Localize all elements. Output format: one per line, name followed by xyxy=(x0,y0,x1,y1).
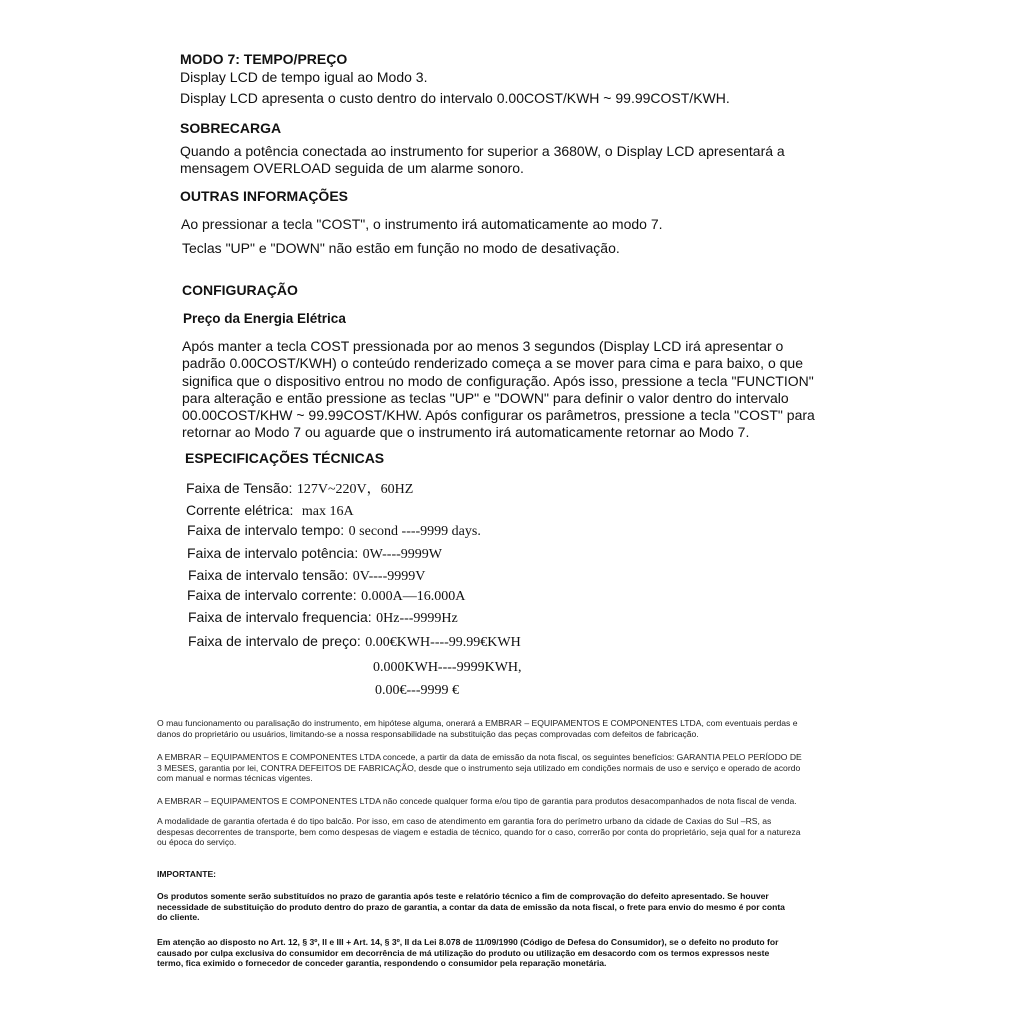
spec-label: Faixa de intervalo de preço: xyxy=(188,633,361,649)
modo7-line: Display LCD de tempo igual ao Modo 3. xyxy=(180,69,427,85)
spec-value: 0Hz---9999Hz xyxy=(376,611,458,626)
outras-line: Ao pressionar a tecla "COST", o instrume… xyxy=(181,216,663,232)
configuracao-paragraph: Após manter a tecla COST pressionada por… xyxy=(182,338,815,442)
spec-value: 0.000A—16.000A xyxy=(361,589,465,604)
importante-paragraph: Os produtos somente serão substituídos n… xyxy=(157,891,785,923)
spec-label: Corrente elétrica: xyxy=(186,502,293,518)
spec-value: max 16A xyxy=(302,504,354,519)
section-title-configuracao: CONFIGURAÇÃO xyxy=(182,282,298,298)
spec-label: Faixa de intervalo tempo: xyxy=(187,522,344,538)
spec-row: Faixa de intervalo potência: 0W----9999W xyxy=(187,545,442,563)
section-title-modo7: MODO 7: TEMPO/PREÇO xyxy=(180,51,347,67)
section-title-sobrecarga: SOBRECARGA xyxy=(180,120,281,136)
importante-title: IMPORTANTE: xyxy=(157,869,216,880)
garantia-paragraph: A EMBRAR – EQUIPAMENTOS E COMPONENTES LT… xyxy=(157,796,797,807)
garantia-line: A modalidade de garantia ofertada é do t… xyxy=(157,816,800,827)
garantia-line: com manual e normas técnicas vigentes. xyxy=(157,773,802,784)
garantia-line: 3 MESES, garantia por lei, CONTRA DEFEIT… xyxy=(157,763,802,774)
spec-row: Corrente elétrica: max 16A xyxy=(186,502,354,520)
spec-row: Faixa de intervalo tensão: 0V----9999V xyxy=(188,567,425,585)
garantia-paragraph: A modalidade de garantia ofertada é do t… xyxy=(157,816,800,848)
garantia-line: A EMBRAR – EQUIPAMENTOS E COMPONENTES LT… xyxy=(157,796,797,807)
spec-value: 0V----9999V xyxy=(353,569,426,584)
importante-line: necessidade de substituição do produto d… xyxy=(157,902,785,913)
spec-label: Faixa de intervalo potência: xyxy=(187,545,358,561)
importante-line: do cliente. xyxy=(157,912,785,923)
garantia-line: danos do proprietário ou usuários, limit… xyxy=(157,729,798,740)
spec-row: Faixa de intervalo frequencia: 0Hz---999… xyxy=(188,609,458,627)
importante-line: Os produtos somente serão substituídos n… xyxy=(157,891,785,902)
importante-line: termo, fica eximido o fornecedor de conc… xyxy=(157,958,778,969)
outras-line: Teclas "UP" e "DOWN" não estão em função… xyxy=(182,240,620,256)
spec-extra-value: 0.000KWH----9999KWH, xyxy=(373,660,522,676)
importante-paragraph: Em atenção ao disposto no Art. 12, § 3º,… xyxy=(157,937,778,969)
spec-label: Faixa de Tensão: xyxy=(186,480,292,496)
spec-value: 0W----9999W xyxy=(363,547,442,562)
spec-label: Faixa de intervalo frequencia: xyxy=(188,609,372,625)
garantia-line: O mau funcionamento ou paralisação do in… xyxy=(157,718,798,729)
configuracao-line: retornar ao Modo 7 ou aguarde que o inst… xyxy=(182,424,815,441)
garantia-paragraph: A EMBRAR – EQUIPAMENTOS E COMPONENTES LT… xyxy=(157,752,802,784)
garantia-line: despesas decorrentes de transporte, bem … xyxy=(157,827,800,838)
spec-label: Faixa de intervalo corrente: xyxy=(187,587,357,603)
garantia-line: A EMBRAR – EQUIPAMENTOS E COMPONENTES LT… xyxy=(157,752,802,763)
modo7-line: Display LCD apresenta o custo dentro do … xyxy=(180,90,730,106)
configuracao-line: significa que o dispositivo entrou no mo… xyxy=(182,373,815,390)
garantia-line: ou época do serviço. xyxy=(157,837,800,848)
garantia-paragraph: O mau funcionamento ou paralisação do in… xyxy=(157,718,798,739)
section-title-outras: OUTRAS INFORMAÇÕES xyxy=(180,188,348,204)
spec-row: Faixa de Tensão: 127V~220V，60HZ xyxy=(186,478,413,498)
spec-row: Faixa de intervalo de preço: 0.00€KWH---… xyxy=(188,633,521,651)
spec-extra-value: 0.00€---9999 € xyxy=(375,683,459,699)
spec-value: 0.00€KWH----99.99€KWH xyxy=(365,635,521,650)
configuracao-line: Após manter a tecla COST pressionada por… xyxy=(182,338,815,355)
section-title-especificacoes: ESPECIFICAÇÕES TÉCNICAS xyxy=(185,450,384,466)
configuracao-line: para alteração e então pressione as tecl… xyxy=(182,390,815,407)
sobrecarga-line: mensagem OVERLOAD seguida de um alarme s… xyxy=(180,160,524,176)
configuracao-line: padrão 0.00COST/KWH) o conteúdo renderiz… xyxy=(182,355,815,372)
spec-value: 127V~220V，60HZ xyxy=(297,482,413,497)
spec-row: Faixa de intervalo corrente: 0.000A—16.0… xyxy=(187,587,465,605)
importante-line: Em atenção ao disposto no Art. 12, § 3º,… xyxy=(157,937,778,948)
configuracao-line: 00.00COST/KHW ~ 99.99COST/KHW. Após conf… xyxy=(182,407,815,424)
sobrecarga-line: Quando a potência conectada ao instrumen… xyxy=(180,143,785,159)
importante-line: causado por culpa exclusiva do consumido… xyxy=(157,948,778,959)
subsection-title-preco: Preço da Energia Elétrica xyxy=(183,311,346,326)
spec-label: Faixa de intervalo tensão: xyxy=(188,567,348,583)
spec-row: Faixa de intervalo tempo: 0 second ----9… xyxy=(187,522,481,540)
spec-value: 0 second ----9999 days. xyxy=(349,524,481,539)
